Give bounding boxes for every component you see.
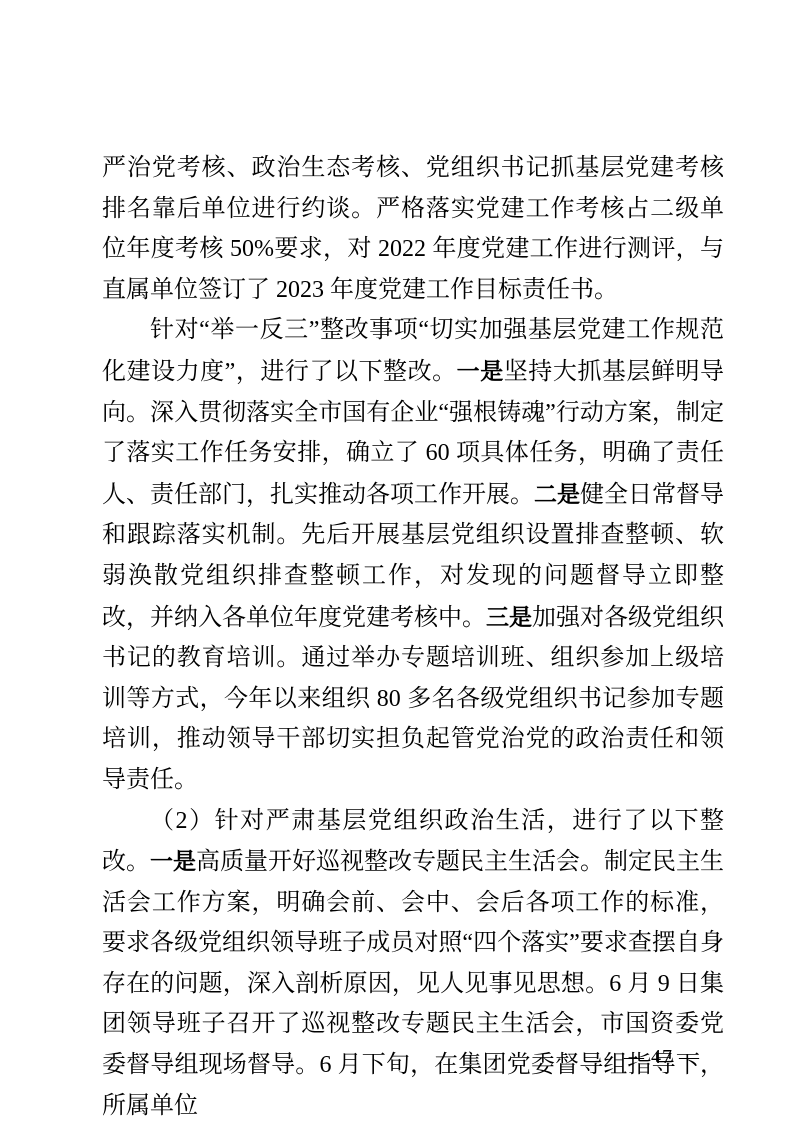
text-run: 高质量开好巡视整改专题民主生活会。制定民主生活会工作方案，明确会前、会中、会后各…	[102, 849, 724, 1119]
emphasis-run: 一是	[457, 358, 504, 384]
page-number: — 47 —	[624, 1046, 700, 1068]
document-page: 严治党考核、政治生态考核、党组织书记抓基层党建考核排名靠后单位进行约谈。严格落实…	[0, 0, 800, 1131]
emphasis-run: 三是	[486, 604, 532, 630]
paragraph: （2）针对严肃基层党组织政治生活，进行了以下整改。一是高质量开好巡视整改专题民主…	[102, 801, 724, 1127]
page-footer: — 47 —	[624, 1046, 700, 1069]
paragraph: 严治党考核、政治生态考核、党组织书记抓基层党建考核排名靠后单位进行约谈。严格落实…	[102, 148, 724, 310]
emphasis-run: 一是	[150, 848, 196, 874]
text-run: 加强对各级党组织书记的教育培训。通过举办专题培训班、组织参加上级培训等方式，今年…	[102, 605, 724, 793]
document-body: 严治党考核、政治生态考核、党组织书记抓基层党建考核排名靠后单位进行约谈。严格落实…	[102, 148, 724, 1126]
text-run: 严治党考核、政治生态考核、党组织书记抓基层党建考核排名靠后单位进行约谈。严格落实…	[102, 155, 724, 303]
paragraph: 针对“举一反三”整改事项“切实加强基层党建工作规范化建设力度”，进行了以下整改。…	[102, 310, 724, 800]
emphasis-run: 二是	[534, 481, 580, 507]
